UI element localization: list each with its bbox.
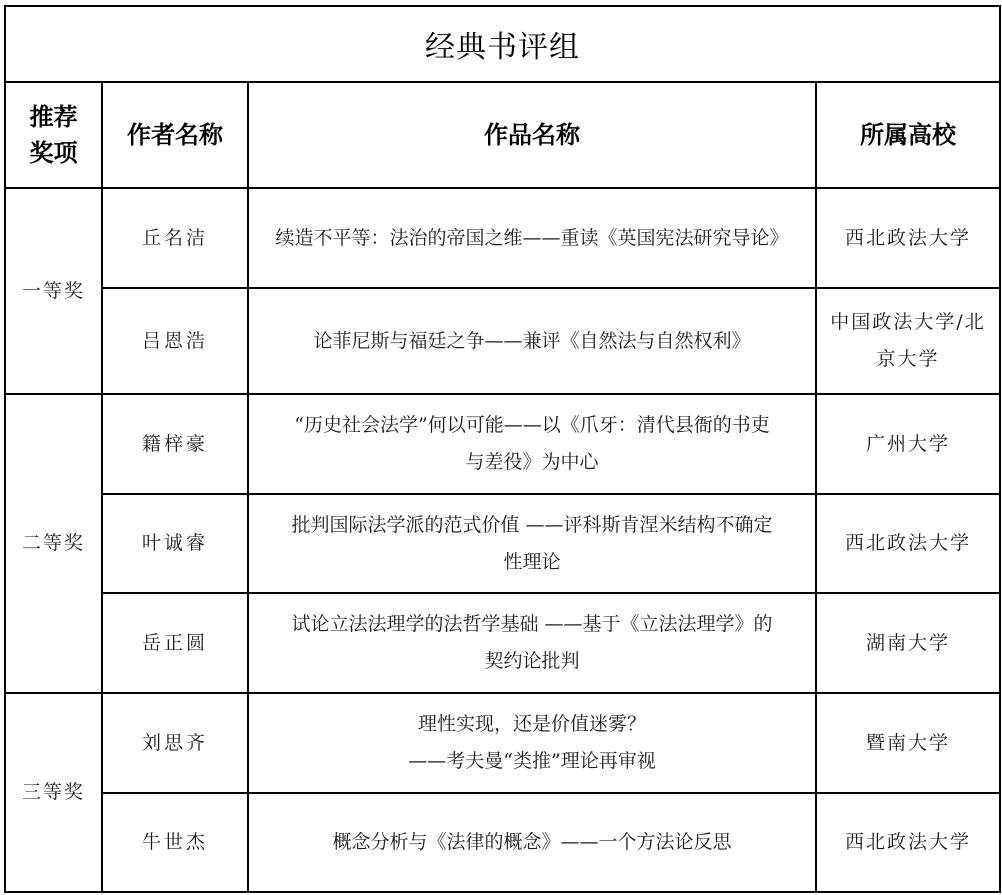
work-title: 续造不平等：法治的帝国之维——重读《英国宪法研究导论》 — [248, 188, 816, 288]
work-title: “历史社会法学”何以可能——以《爪牙：清代县衙的书吏与差役》为中心 — [248, 394, 816, 494]
school-name: 暨南大学 — [816, 693, 1000, 793]
school-name: 中国政法大学/北京大学 — [816, 288, 1000, 394]
school-name: 西北政法大学 — [816, 494, 1000, 593]
award-level: 一等奖 — [5, 188, 102, 394]
work-title-line: 契约论批判 — [257, 643, 807, 680]
work-title-line: 试论立法法理学的法哲学基础 ——基于《立法法理学》的 — [257, 606, 807, 643]
header-work: 作品名称 — [248, 82, 816, 188]
award-level: 二等奖 — [5, 394, 102, 693]
table-row: 一等奖丘名洁续造不平等：法治的帝国之维——重读《英国宪法研究导论》西北政法大学 — [5, 188, 1000, 288]
header-award: 推荐奖项 — [5, 82, 102, 188]
work-title-line: 理性实现，还是价值迷雾？ — [257, 706, 807, 743]
author-name: 吕恩浩 — [102, 288, 248, 394]
table-row: 三等奖刘思齐理性实现，还是价值迷雾？——考夫曼“类推”理论再审视暨南大学 — [5, 693, 1000, 793]
work-title: 概念分析与《法律的概念》——一个方法论反思 — [248, 793, 816, 892]
work-title: 理性实现，还是价值迷雾？——考夫曼“类推”理论再审视 — [248, 693, 816, 793]
work-title-line: 概念分析与《法律的概念》——一个方法论反思 — [257, 824, 807, 861]
author-name: 岳正圆 — [102, 593, 248, 693]
awards-table: 经典书评组 推荐奖项 作者名称 作品名称 所属高校 一等奖丘名洁续造不平等：法治… — [4, 5, 1001, 893]
work-title-line: ——考夫曼“类推”理论再审视 — [257, 743, 807, 780]
table-row: 二等奖籍梓豪“历史社会法学”何以可能——以《爪牙：清代县衙的书吏与差役》为中心广… — [5, 394, 1000, 494]
work-title-line: “历史社会法学”何以可能——以《爪牙：清代县衙的书吏 — [257, 407, 807, 444]
award-rows: 一等奖丘名洁续造不平等：法治的帝国之维——重读《英国宪法研究导论》西北政法大学吕… — [5, 188, 1000, 892]
header-row: 推荐奖项 作者名称 作品名称 所属高校 — [5, 82, 1000, 188]
table-row: 吕恩浩论菲尼斯与福廷之争——兼评《自然法与自然权利》中国政法大学/北京大学 — [5, 288, 1000, 394]
work-title-line: 性理论 — [257, 544, 807, 581]
award-level: 三等奖 — [5, 693, 102, 892]
author-name: 丘名洁 — [102, 188, 248, 288]
school-name: 广州大学 — [816, 394, 1000, 494]
header-author: 作者名称 — [102, 82, 248, 188]
work-title-line: 续造不平等：法治的帝国之维——重读《英国宪法研究导论》 — [257, 220, 807, 257]
title-row: 经典书评组 — [5, 6, 1000, 82]
work-title: 试论立法法理学的法哲学基础 ——基于《立法法理学》的契约论批判 — [248, 593, 816, 693]
author-name: 刘思齐 — [102, 693, 248, 793]
work-title-line: 批判国际法学派的范式价值 ——评科斯肯涅米结构不确定 — [257, 507, 807, 544]
author-name: 牛世杰 — [102, 793, 248, 892]
work-title: 论菲尼斯与福廷之争——兼评《自然法与自然权利》 — [248, 288, 816, 394]
school-name: 西北政法大学 — [816, 793, 1000, 892]
table-row: 牛世杰概念分析与《法律的概念》——一个方法论反思西北政法大学 — [5, 793, 1000, 892]
table-row: 叶诚睿批判国际法学派的范式价值 ——评科斯肯涅米结构不确定性理论西北政法大学 — [5, 494, 1000, 593]
table-title: 经典书评组 — [5, 6, 1000, 82]
school-name: 湖南大学 — [816, 593, 1000, 693]
school-name: 西北政法大学 — [816, 188, 1000, 288]
header-school: 所属高校 — [816, 82, 1000, 188]
work-title-line: 论菲尼斯与福廷之争——兼评《自然法与自然权利》 — [257, 323, 807, 360]
table-row: 岳正圆试论立法法理学的法哲学基础 ——基于《立法法理学》的契约论批判湖南大学 — [5, 593, 1000, 693]
author-name: 籍梓豪 — [102, 394, 248, 494]
work-title-line: 与差役》为中心 — [257, 444, 807, 481]
author-name: 叶诚睿 — [102, 494, 248, 593]
work-title: 批判国际法学派的范式价值 ——评科斯肯涅米结构不确定性理论 — [248, 494, 816, 593]
